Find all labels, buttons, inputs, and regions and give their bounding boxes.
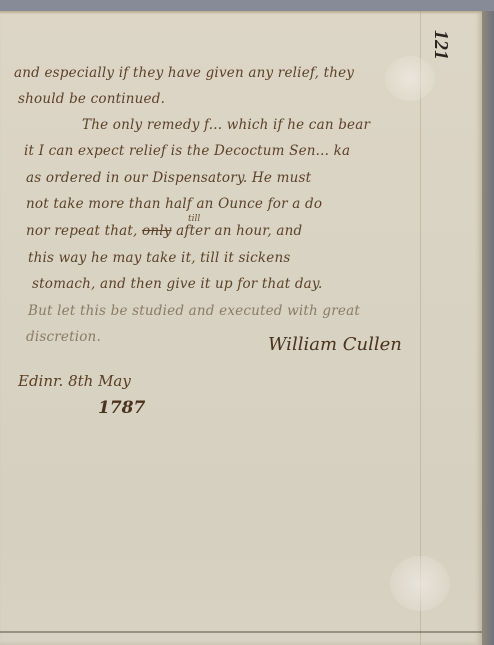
text-line-1: and especially if they have given any re… [14, 65, 354, 81]
bottom-fold-line [0, 631, 482, 633]
text-line-7: nor repeat that, only after an hour, and [26, 223, 302, 239]
margin-fold-line [420, 11, 421, 645]
paper-stain [385, 56, 435, 101]
text-line-8: this way he may take it, till it sickens [28, 250, 290, 266]
year: 1787 [98, 398, 145, 418]
text-line-7-before: nor repeat that, [26, 223, 138, 239]
page-edge-shadow [482, 11, 494, 645]
text-line-3: The only remedy f... which if he can bea… [82, 117, 370, 133]
text-line-6: not take more than half an Ounce for a d… [26, 196, 322, 212]
page-top-edge [0, 11, 482, 14]
text-line-4: it I can expect relief is the Decoctum S… [24, 143, 350, 159]
text-line-7-after: after an hour, and [176, 223, 302, 239]
struck-word: only [142, 223, 172, 239]
text-line-5: as ordered in our Dispensatory. He must [26, 170, 311, 186]
folio-number: 121 [429, 30, 452, 60]
place-date: Edinr. 8th May [18, 372, 131, 390]
text-line-11: discretion. [26, 329, 101, 345]
text-line-9: stomach, and then give it up for that da… [32, 276, 322, 292]
text-line-2: should be continued. [18, 91, 165, 107]
text-line-10: But let this be studied and executed wit… [28, 303, 360, 319]
paper-stain [390, 556, 450, 611]
signature: William Cullen [268, 334, 402, 355]
